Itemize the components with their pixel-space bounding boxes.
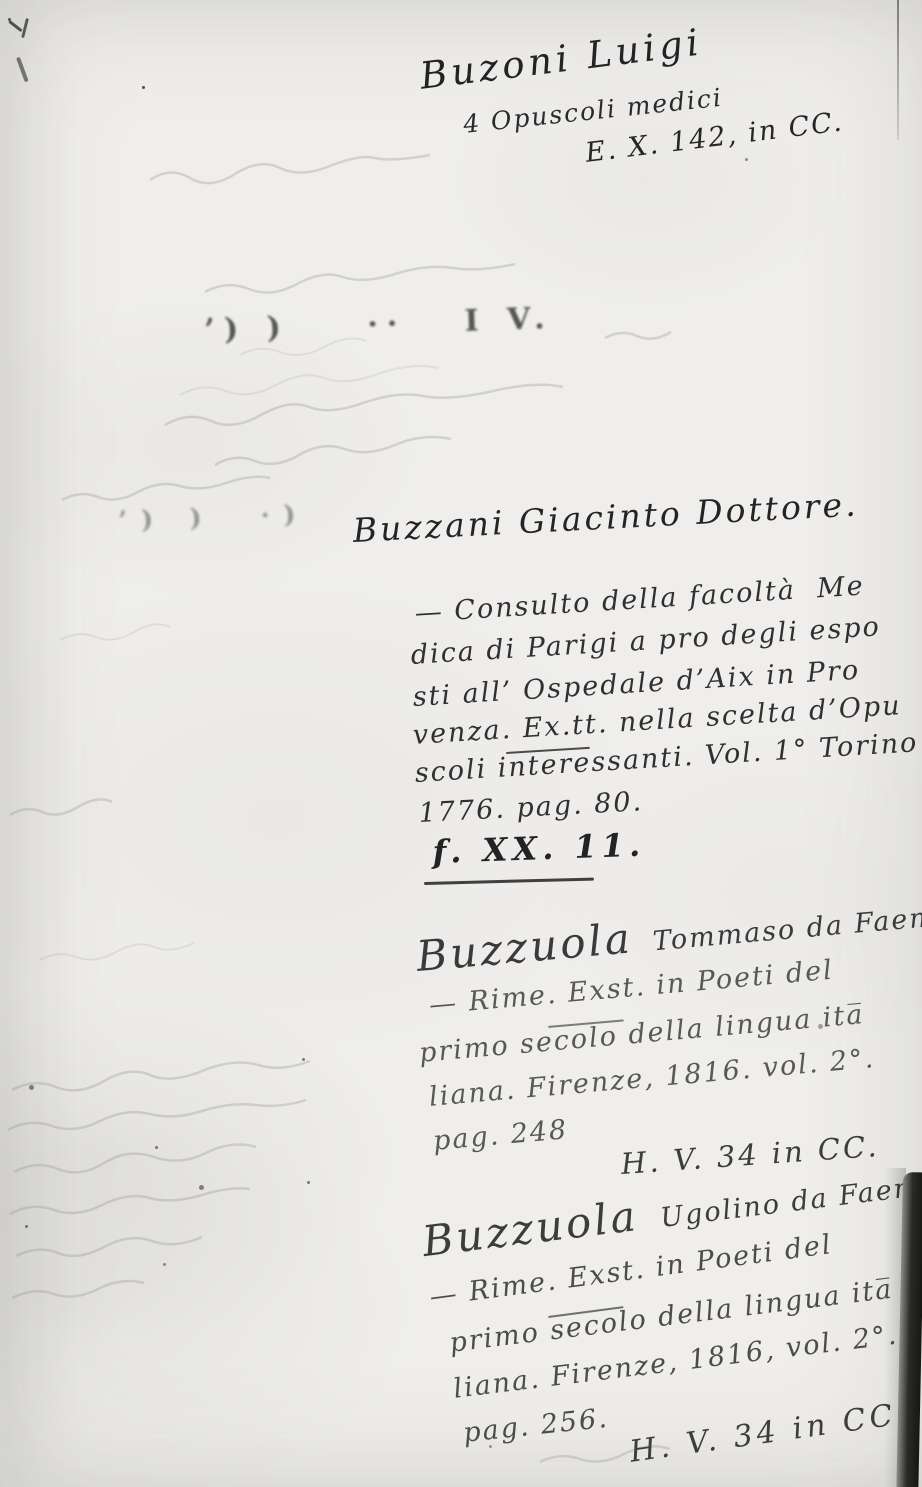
entry-buzzani-heading: Buzzani Giacinto Dottore. bbox=[352, 488, 859, 547]
entry-ugolino-line: pag. 256. bbox=[462, 1405, 610, 1447]
entry-buzzani-line: 1776. pag. 80. bbox=[418, 788, 644, 827]
entry-ugolino-name: Ugolino da Faenza bbox=[659, 1168, 922, 1234]
header-author: Buzoni Luigi bbox=[418, 23, 704, 94]
corner-ink-mark bbox=[8, 20, 22, 32]
entry-ugolino-surname: Buzzuola bbox=[420, 1191, 641, 1266]
heading-bleedthrough: ’) ) ·) bbox=[118, 501, 310, 533]
entry-tommaso-surname: Buzzuola bbox=[414, 913, 634, 981]
ink-speck-layer bbox=[8, 18, 11, 21]
corner-ink-mark bbox=[21, 18, 29, 38]
entry-tommaso-name: Tommaso da Faenza. bbox=[652, 898, 922, 957]
corner-ink-mark bbox=[16, 57, 29, 83]
shelfmark-underline bbox=[424, 878, 594, 885]
entry-ugolino-shelfmark: H. V. 34 in CC. bbox=[628, 1399, 911, 1468]
fold-line bbox=[897, 0, 899, 140]
entry-buzzani-shelfmark: f. XX. 11. bbox=[432, 829, 646, 868]
manuscript-page: Buzoni Luigi 4 Opuscoli medici E. X. 142… bbox=[0, 0, 922, 1487]
stamp-bleedthrough: ’) ) ·· I V. bbox=[204, 304, 554, 346]
entry-tommaso-line: pag. 248 bbox=[432, 1116, 569, 1155]
